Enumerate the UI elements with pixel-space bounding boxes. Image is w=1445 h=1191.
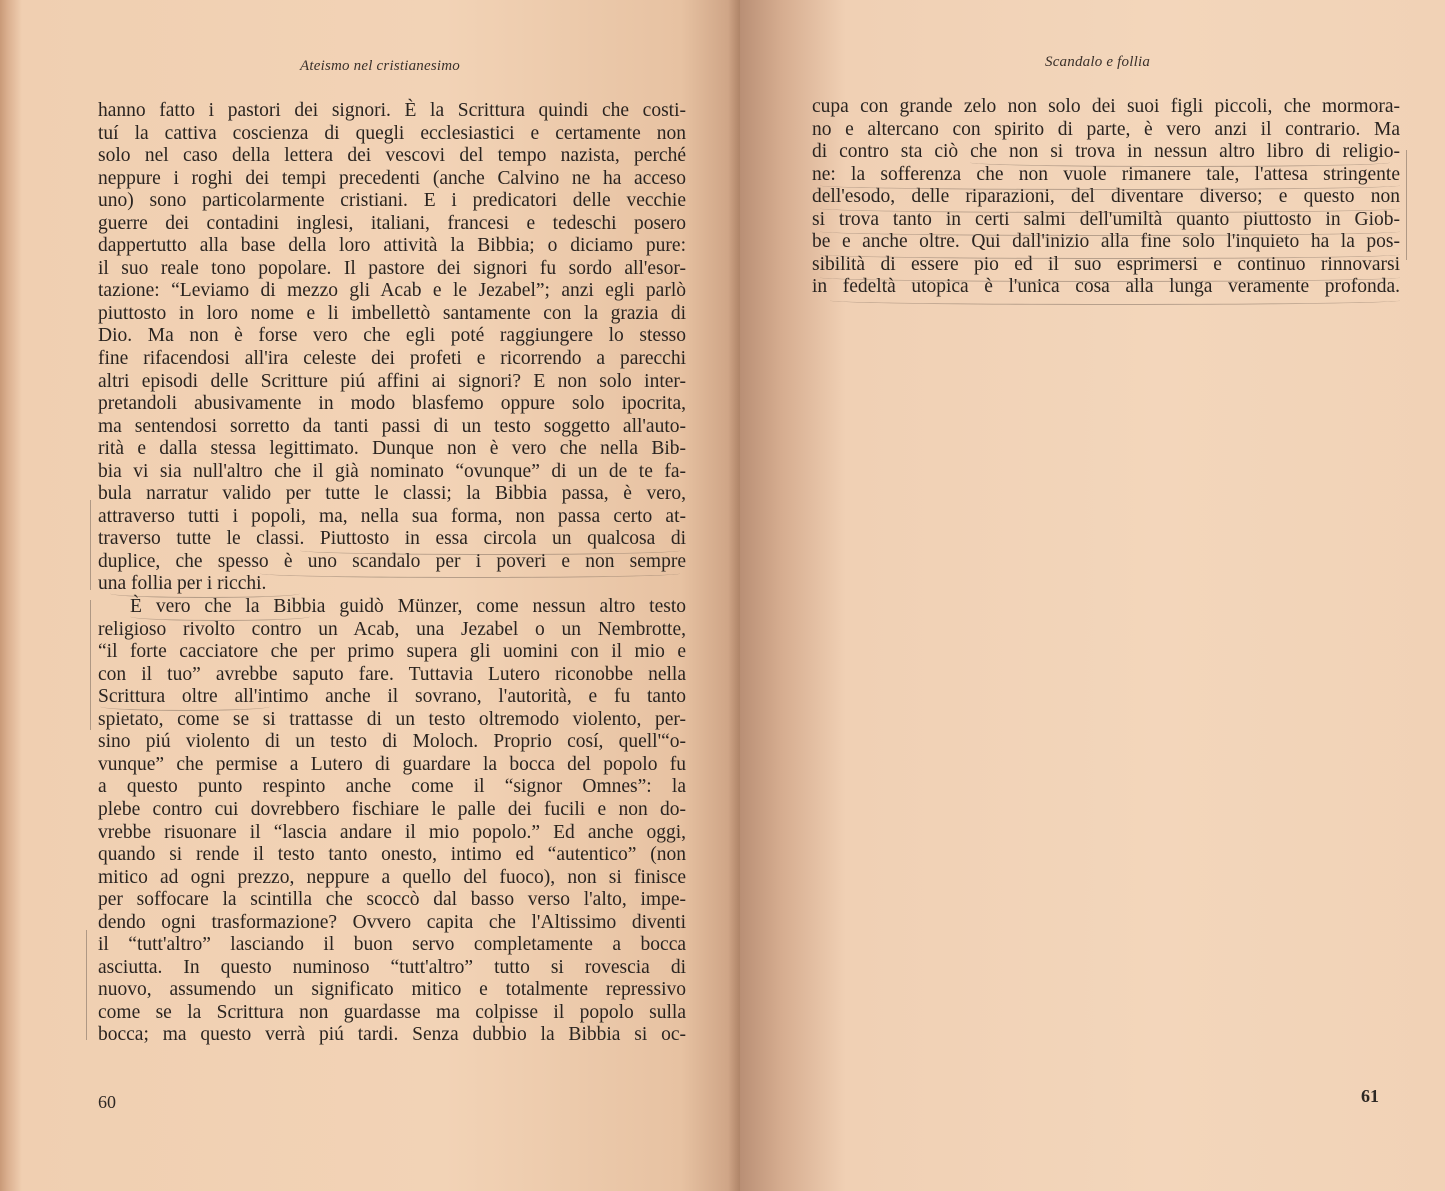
text-line: per soffocare la scintilla che scoccò da… bbox=[98, 889, 686, 912]
text-line: spietato, come se si trattasse di un tes… bbox=[98, 709, 686, 732]
text-line: fine rifacendosi all'ira celeste dei pro… bbox=[98, 348, 686, 371]
text-line: dappertutto alla base della loro attivit… bbox=[98, 235, 686, 258]
text-line: pretandoli abusivamente in modo blasfemo… bbox=[98, 393, 686, 416]
text-line: no e altercano con spirito di parte, è v… bbox=[812, 119, 1400, 142]
text-line: uno) sono particolarmente cristiani. E i… bbox=[98, 190, 686, 213]
text-line: altri episodi delle Scritture piú affini… bbox=[98, 371, 686, 394]
text-line: solo nel caso della lettera dei vescovi … bbox=[98, 145, 686, 168]
pencil-margin-mark bbox=[90, 500, 91, 590]
book-spread: Ateismo nel cristianesimo hanno fatto i … bbox=[0, 0, 1445, 1191]
text-line: attraverso tutti i popoli, ma, nella sua… bbox=[98, 506, 686, 529]
text-line: tuí la cattiva coscienza di quegli eccle… bbox=[98, 123, 686, 146]
text-line: asciutta. In questo numinoso “tutt'altro… bbox=[98, 957, 686, 980]
text-line: neppure i roghi dei tempi precedenti (an… bbox=[98, 168, 686, 191]
pencil-underline bbox=[820, 204, 1400, 213]
pencil-underline bbox=[820, 227, 1400, 236]
running-head-left: Ateismo nel cristianesimo bbox=[300, 58, 460, 75]
pencil-underline bbox=[820, 273, 1400, 282]
text-line: vrebbe risuonare il “lascia andare il mi… bbox=[98, 822, 686, 845]
pencil-margin-mark bbox=[90, 600, 91, 730]
text-line: dendo ogni trasformazione? Ovvero capita… bbox=[98, 912, 686, 935]
text-line: Dio. Ma non è forse vero che egli poté r… bbox=[98, 325, 686, 348]
right-page-text: cupa con grande zelo non solo dei suoi f… bbox=[812, 96, 1400, 299]
text-line: a questo punto respinto anche come il “s… bbox=[98, 776, 686, 799]
pencil-underline bbox=[820, 181, 1400, 190]
left-page: Ateismo nel cristianesimo hanno fatto i … bbox=[0, 0, 740, 1191]
text-line: tazione: “Leviamo di mezzo gli Acab e le… bbox=[98, 280, 686, 303]
pencil-underline bbox=[830, 296, 1400, 305]
text-line: hanno fatto i pastori dei signori. È la … bbox=[98, 100, 686, 123]
text-line: bia vi sia null'altro che il già nominat… bbox=[98, 461, 686, 484]
pencil-underline bbox=[130, 612, 310, 621]
right-page: Scandalo e follia cupa con grande zelo n… bbox=[740, 0, 1445, 1191]
text-line: con il tuo” avrebbe saputo fare. Tuttavi… bbox=[98, 664, 686, 687]
text-line: come se la Scrittura non guardasse ma co… bbox=[98, 1002, 686, 1025]
text-line: il suo reale tono popolare. Il pastore d… bbox=[98, 258, 686, 281]
page-number-right: 61 bbox=[1361, 1086, 1379, 1107]
text-line: ma sentendosi sorretto da tanti passi di… bbox=[98, 416, 686, 439]
text-line: mitico ad ogni prezzo, neppure a quello … bbox=[98, 867, 686, 890]
text-line: piuttosto in loro nome e li imbellettò s… bbox=[98, 303, 686, 326]
text-line: sino piú violento di un testo di Moloch.… bbox=[98, 731, 686, 754]
text-line: religioso rivolto contro un Acab, una Je… bbox=[98, 619, 686, 642]
pencil-underline bbox=[820, 250, 1400, 259]
text-line: vunque” che permise a Lutero di guardare… bbox=[98, 754, 686, 777]
pencil-margin-mark bbox=[1406, 150, 1407, 260]
pencil-underline bbox=[110, 589, 300, 598]
text-line: il “tutt'altro” lasciando il buon servo … bbox=[98, 934, 686, 957]
pencil-underline bbox=[100, 702, 270, 711]
text-line: rità e dalla stessa legittimato. Dunque … bbox=[98, 438, 686, 461]
text-line: cupa con grande zelo non solo dei suoi f… bbox=[812, 96, 1400, 119]
text-line: bula narratur valido per tutte le classi… bbox=[98, 483, 686, 506]
pencil-underline bbox=[300, 546, 680, 555]
text-line: guerre dei contadini inglesi, italiani, … bbox=[98, 213, 686, 236]
text-line: quando si rende il testo tanto onesto, i… bbox=[98, 844, 686, 867]
text-line: plebe contro cui dovrebbero fischiare le… bbox=[98, 799, 686, 822]
pencil-margin-mark bbox=[86, 930, 87, 1040]
text-line: nuovo, assumendo un significato mitico e… bbox=[98, 979, 686, 1002]
running-head-right: Scandalo e follia bbox=[1045, 54, 1150, 71]
page-number-left: 60 bbox=[98, 1092, 116, 1113]
pencil-underline bbox=[260, 569, 680, 578]
pencil-underline bbox=[970, 158, 1390, 167]
text-line: “il forte cacciatore che per primo super… bbox=[98, 641, 686, 664]
text-line: bocca; ma questo verrà piú tardi. Senza … bbox=[98, 1024, 686, 1047]
